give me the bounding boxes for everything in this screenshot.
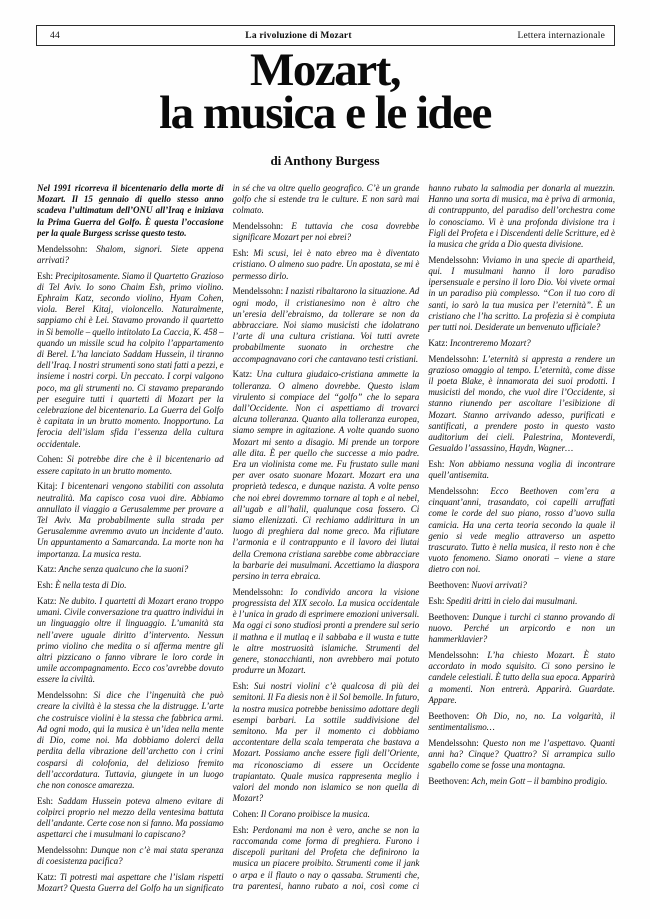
speech-text: Ach, mein Gott – il bambino prodigio.	[471, 776, 607, 786]
speaker-name: Katz:	[428, 338, 450, 348]
speech-text: Si dice che l’ingenuità che può creare l…	[37, 690, 224, 790]
byline: di Anthony Burgess	[0, 153, 650, 169]
speech-text: Ecco Beethoven com’era a cinquant’anni, …	[428, 486, 615, 574]
speaker-name: Cohen:	[37, 454, 67, 464]
speaker-name: Cohen:	[233, 809, 261, 819]
publication-name: Lettera internazionale	[475, 31, 614, 41]
speaker-name: Mendelssohn:	[233, 587, 291, 597]
speech-text: I nazisti ribaltarono la situazione. Ad …	[233, 286, 420, 363]
dialogue-paragraph: Mendelssohn: Si dice che l’ingenuità che…	[37, 690, 224, 791]
dialogue-paragraph: Kitaj: I bicentenari vengono stabiliti c…	[37, 481, 224, 559]
speech-text: Io condivido ancora la visione progressi…	[233, 587, 420, 675]
speaker-name: Mendelssohn:	[233, 221, 292, 231]
speaker-name: Mendelssohn:	[428, 650, 487, 660]
speech-text: È nella testa di Dio.	[55, 580, 126, 590]
speaker-name: Kitaj:	[37, 481, 61, 491]
dialogue-paragraph: Cohen: Il Corano proibisce la musica.	[233, 809, 420, 820]
speech-text: Una cultura giudaico-cristiana ammette l…	[233, 369, 420, 581]
dialogue-paragraph: Mendelssohn: I nazisti ribaltarono la si…	[233, 286, 420, 364]
dialogue-paragraph: Katz: Una cultura giudaico-cristiana amm…	[233, 369, 420, 582]
dialogue-paragraph: Katz: Incontreremo Mozart?	[428, 338, 615, 349]
dialogue-paragraph: Mendelssohn: Viviamo in una specie di ap…	[428, 255, 615, 333]
speaker-name: Mendelssohn:	[428, 738, 482, 748]
speaker-name: Esh:	[233, 681, 254, 691]
article-title-line1: Mozart,	[0, 49, 650, 92]
speech-text: Saddam Hussein poteva almeno evitare di …	[37, 796, 224, 840]
dialogue-paragraph: Katz: Anche senza qualcuno che la suoni?	[37, 564, 224, 575]
speaker-name: Esh:	[428, 459, 449, 469]
page-number: 44	[37, 31, 122, 41]
speaker-name: Katz:	[233, 369, 257, 379]
speaker-name: Esh:	[233, 248, 254, 258]
dialogue-paragraph: Beethoven: Oh Dio, no, no. La volgarità,…	[428, 711, 615, 733]
speaker-name: Beethoven:	[428, 711, 476, 721]
speaker-name: Katz:	[37, 872, 60, 882]
speech-text: Non abbiamo nessuna voglia di incontrare…	[428, 459, 615, 480]
speech-text: Mi scusi, lei è nato ebreo ma è diventat…	[233, 248, 420, 280]
dialogue-paragraph: Esh: Spediti dritti in cielo dai musulma…	[428, 596, 615, 607]
dialogue-paragraph: Esh: Mi scusi, lei è nato ebreo ma è div…	[233, 248, 420, 282]
article-body: Nel 1991 ricorreva il bicentenario della…	[37, 183, 615, 899]
dialogue-paragraph: Mendelssohn: L’ha chiesto Mozart. È stat…	[428, 650, 615, 706]
speaker-name: Esh:	[37, 271, 55, 281]
running-head: La rivoluzione di Mozart	[122, 31, 475, 41]
dialogue-paragraph: Esh: Precipitosamente. Siamo il Quartett…	[37, 271, 224, 450]
speaker-name: Mendelssohn:	[37, 244, 96, 254]
dialogue-paragraph: Beethoven: Ach, mein Gott – il bambino p…	[428, 776, 615, 787]
speaker-name: Mendelssohn:	[428, 486, 490, 496]
speech-text: Precipitosamente. Siamo il Quartetto Gra…	[37, 271, 224, 449]
dialogue-paragraph: Katz: Ne dubito. I quartetti di Mozart e…	[37, 596, 224, 686]
dialogue-paragraph: Mendelssohn: Shalom, signori. Siete appe…	[37, 244, 224, 266]
magazine-page: 44 La rivoluzione di Mozart Lettera inte…	[0, 0, 650, 919]
speech-text: Sui nostri violini c’è qualcosa di più d…	[233, 681, 420, 803]
dialogue-paragraph: Cohen: Si potrebbe dire che è il bicente…	[37, 454, 224, 476]
dialogue-paragraph: Esh: Non abbiamo nessuna voglia di incon…	[428, 459, 615, 481]
speaker-name: Beethoven:	[428, 580, 471, 590]
dialogue-paragraph: Beethoven: Dunque i turchi ci stanno pro…	[428, 612, 615, 646]
speaker-name: Esh:	[37, 796, 58, 806]
speaker-name: Mendelssohn:	[428, 255, 482, 265]
dialogue-paragraph: Mendelssohn: Io condivido ancora la visi…	[233, 587, 420, 677]
article-title: Mozart, la musica e le idee	[0, 49, 650, 135]
speech-text: Anche senza qualcuno che la suoni?	[59, 564, 189, 574]
speech-text: Incontreremo Mozart?	[450, 338, 531, 348]
speaker-name: Esh:	[428, 596, 446, 606]
speech-text: Ne dubito. I quartetti di Mozart erano t…	[37, 596, 224, 684]
speaker-name: Beethoven:	[428, 612, 472, 622]
speaker-name: Mendelssohn:	[233, 286, 286, 296]
dialogue-paragraph: Esh: È nella testa di Dio.	[37, 580, 224, 591]
speaker-name: Katz:	[37, 564, 59, 574]
speaker-name: Esh:	[37, 580, 55, 590]
speech-text: L’eternità si appresta a rendere un graz…	[428, 354, 615, 454]
dialogue-paragraph: Mendelssohn: E tuttavia che cosa dovrebb…	[233, 221, 420, 243]
speech-text: I bicentenari vengono stabiliti con asso…	[37, 481, 224, 558]
dialogue-paragraph: Mendelssohn: Dunque non c’è mai stata sp…	[37, 845, 224, 867]
speaker-name: Beethoven:	[428, 776, 471, 786]
speech-text: Viviamo in una specie di apartheid, qui.…	[428, 255, 615, 332]
dialogue-paragraph: Esh: Saddam Hussein poteva almeno evitar…	[37, 796, 224, 841]
speaker-name: Katz:	[37, 596, 59, 606]
dialogue-paragraph: Beethoven: Nuovi arrivati?	[428, 580, 615, 591]
article-title-line2: la musica e le idee	[0, 92, 650, 135]
speaker-name: Esh:	[233, 825, 253, 835]
intro-note: Nel 1991 ricorreva il bicentenario della…	[37, 183, 224, 239]
dialogue-paragraph: Esh: Sui nostri violini c’è qualcosa di …	[233, 681, 420, 804]
page-header: 44 La rivoluzione di Mozart Lettera inte…	[36, 25, 615, 46]
dialogue-paragraph: Mendelssohn: Questo non me l’aspettavo. …	[428, 738, 615, 772]
speaker-name: Mendelssohn:	[37, 690, 94, 700]
speech-text: Spediti dritti in cielo dai musulmani.	[446, 596, 577, 606]
speech-text: Nuovi arrivati?	[471, 580, 527, 590]
speaker-name: Mendelssohn:	[37, 845, 91, 855]
dialogue-paragraph: Mendelssohn: Ecco Beethoven com’era a ci…	[428, 486, 615, 576]
speaker-name: Mendelssohn:	[428, 354, 482, 364]
dialogue-paragraph: Mendelssohn: L’eternità si appresta a re…	[428, 354, 615, 455]
speech-text: Il Corano proibisce la musica.	[261, 809, 370, 819]
